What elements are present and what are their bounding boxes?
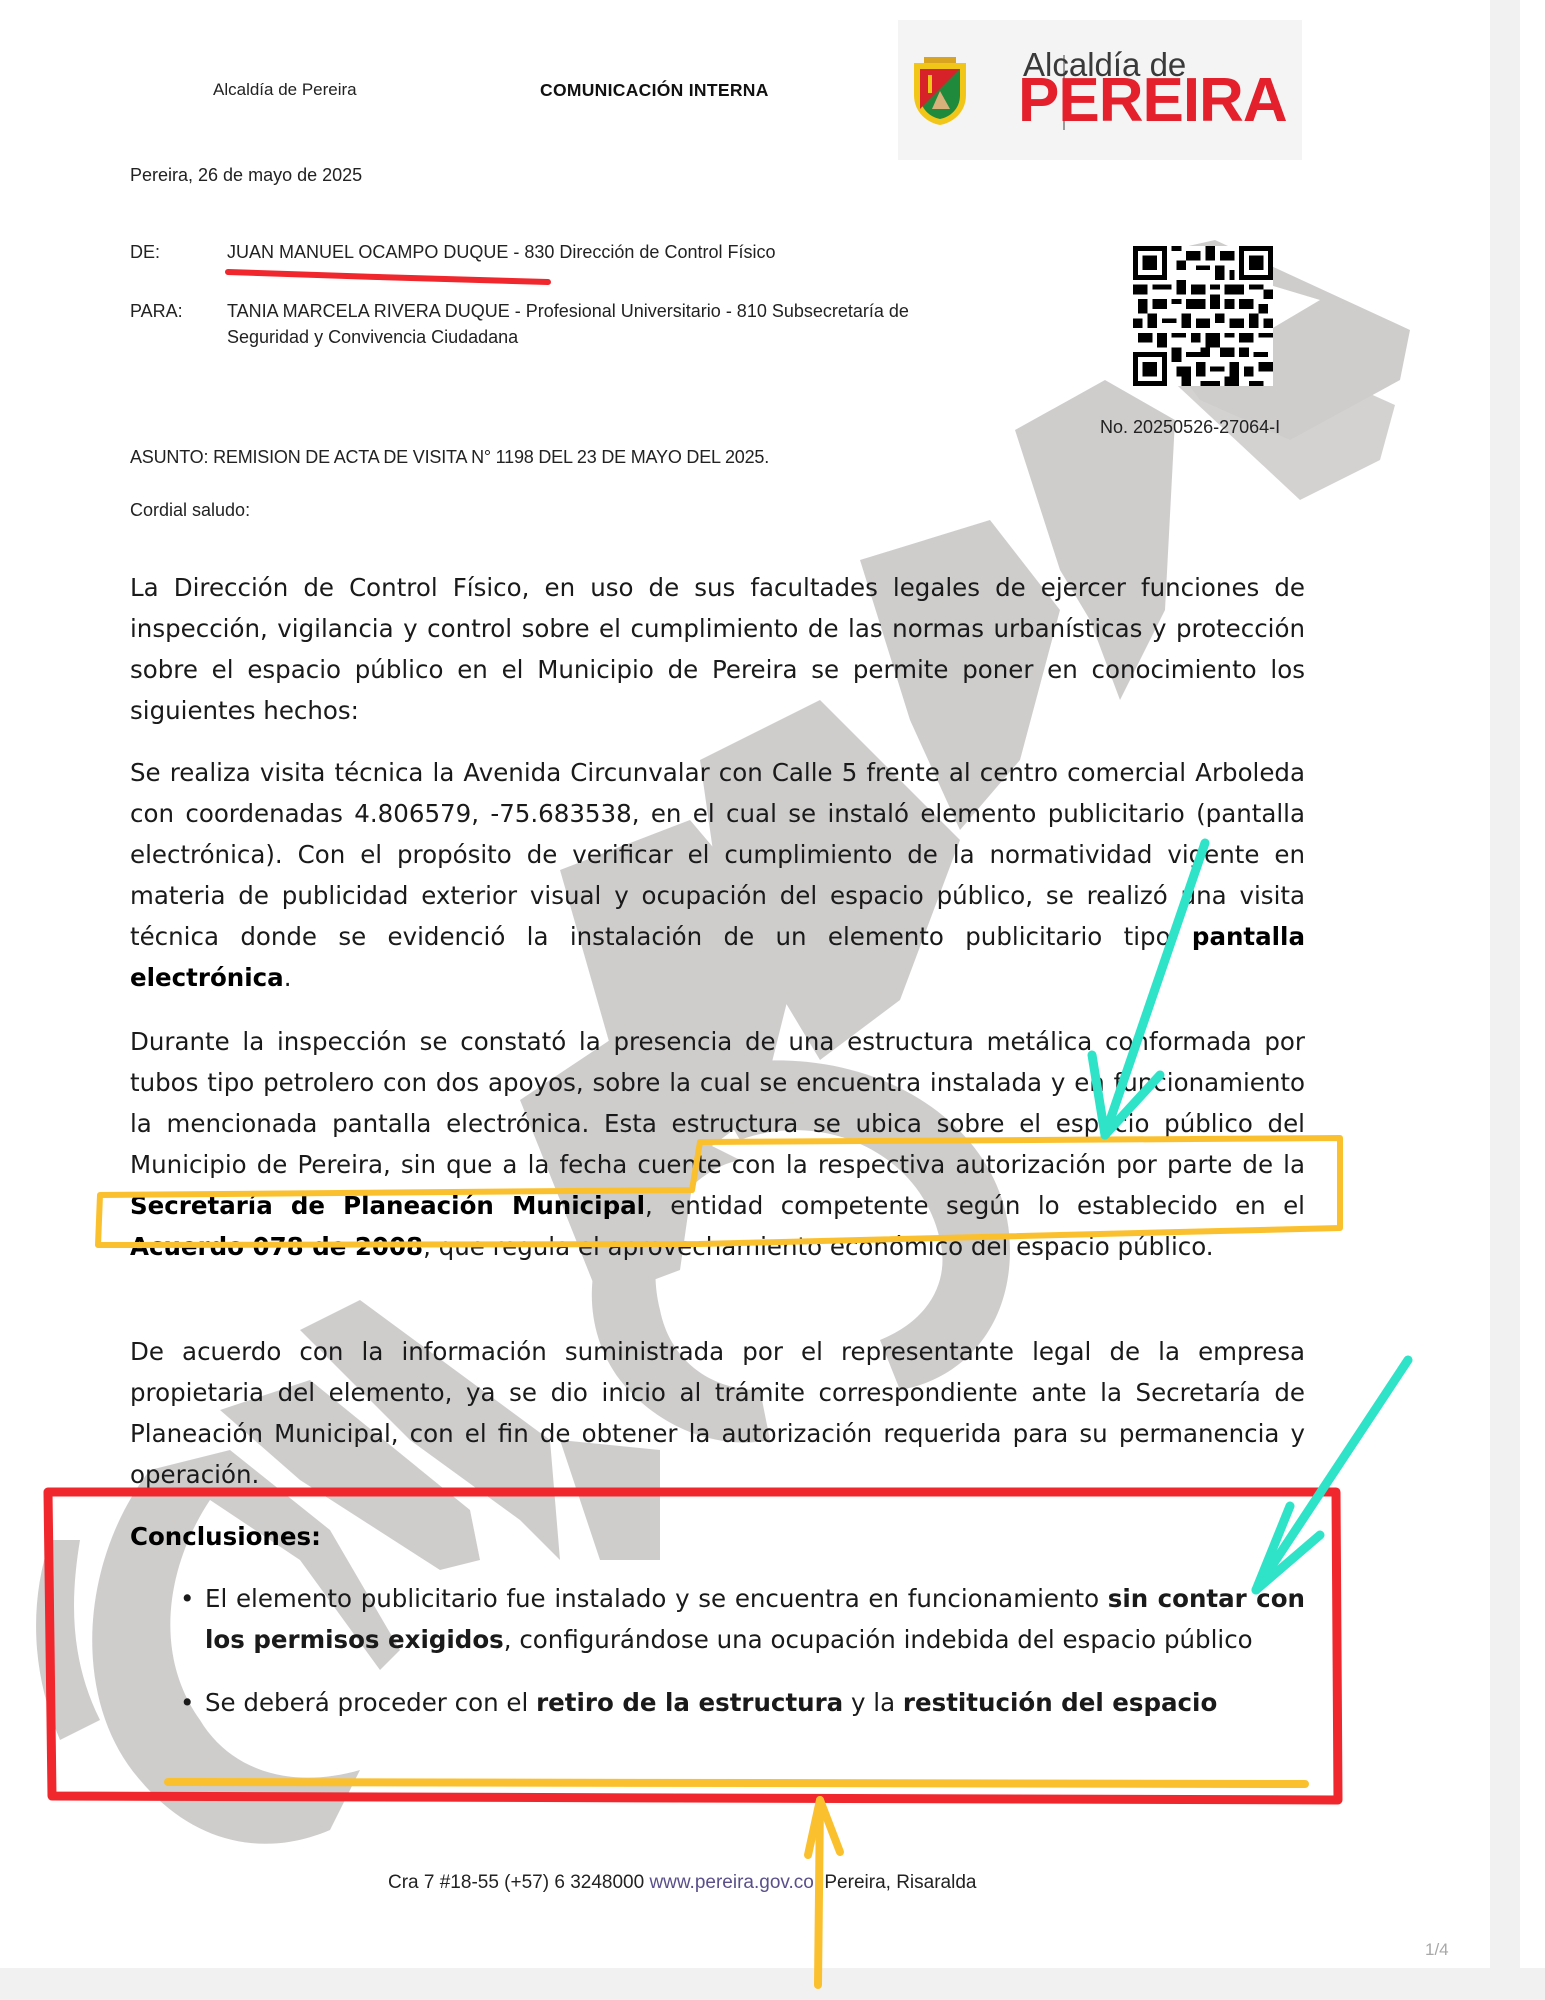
- logo-text-pereira: PEREIRA: [1018, 70, 1287, 132]
- footer-city: , Pereira, Risaralda: [814, 1872, 977, 1893]
- qr-code-icon[interactable]: [1133, 246, 1273, 386]
- viewer-background: [0, 1968, 1545, 2000]
- from-value: JUAN MANUEL OCAMPO DUQUE - 830 Dirección…: [227, 242, 775, 263]
- to-label: PARA:: [130, 301, 183, 322]
- footer-address: Cra 7 #18-55 (+57) 6 3248000: [388, 1872, 649, 1893]
- conclusions-title: Conclusiones:: [130, 1516, 1305, 1557]
- coat-of-arms-icon: [910, 55, 970, 127]
- conclusion-item: • Se deberá proceder con el retiro de la…: [130, 1682, 1305, 1723]
- page-indicator: 1/4: [1425, 1940, 1449, 1960]
- conclusions-list: • El elemento publicitario fue instalado…: [130, 1578, 1305, 1723]
- paragraph-4: De acuerdo con la información suministra…: [130, 1331, 1305, 1495]
- bullet-dot-icon: •: [180, 1682, 194, 1723]
- from-label: DE:: [130, 242, 160, 263]
- page-footer: Cra 7 #18-55 (+57) 6 3248000 www.pereira…: [388, 1872, 976, 1894]
- subject-line: ASUNTO: REMISION DE ACTA DE VISITA N° 11…: [130, 447, 769, 468]
- greeting: Cordial saludo:: [130, 500, 250, 521]
- conclusion-text: El elemento publicitario fue instalado y…: [205, 1584, 1305, 1654]
- document-type: COMUNICACIÓN INTERNA: [540, 80, 769, 101]
- filing-number: No. 20250526-27064-I: [1100, 417, 1280, 438]
- to-value-line1: TANIA MARCELA RIVERA DUQUE - Profesional…: [227, 301, 909, 322]
- conclusion-text: Se deberá proceder con el retiro de la e…: [205, 1688, 1217, 1717]
- conclusion-item: • El elemento publicitario fue instalado…: [130, 1578, 1305, 1660]
- to-value-line2: Seguridad y Convivencia Ciudadana: [227, 327, 518, 348]
- paragraph-1: La Dirección de Control Físico, en uso d…: [130, 567, 1305, 731]
- paragraph-3: Durante la inspección se constató la pre…: [130, 1021, 1305, 1267]
- org-name: Alcaldía de Pereira: [213, 80, 357, 100]
- document-date: Pereira, 26 de mayo de 2025: [130, 165, 362, 186]
- paragraph-2: Se realiza visita técnica la Avenida Cir…: [130, 752, 1305, 998]
- bullet-dot-icon: •: [180, 1578, 194, 1619]
- footer-website-link[interactable]: www.pereira.gov.co: [649, 1872, 813, 1893]
- viewer-edge: [1520, 0, 1545, 2000]
- viewer-scroll-gutter[interactable]: [1490, 0, 1520, 2000]
